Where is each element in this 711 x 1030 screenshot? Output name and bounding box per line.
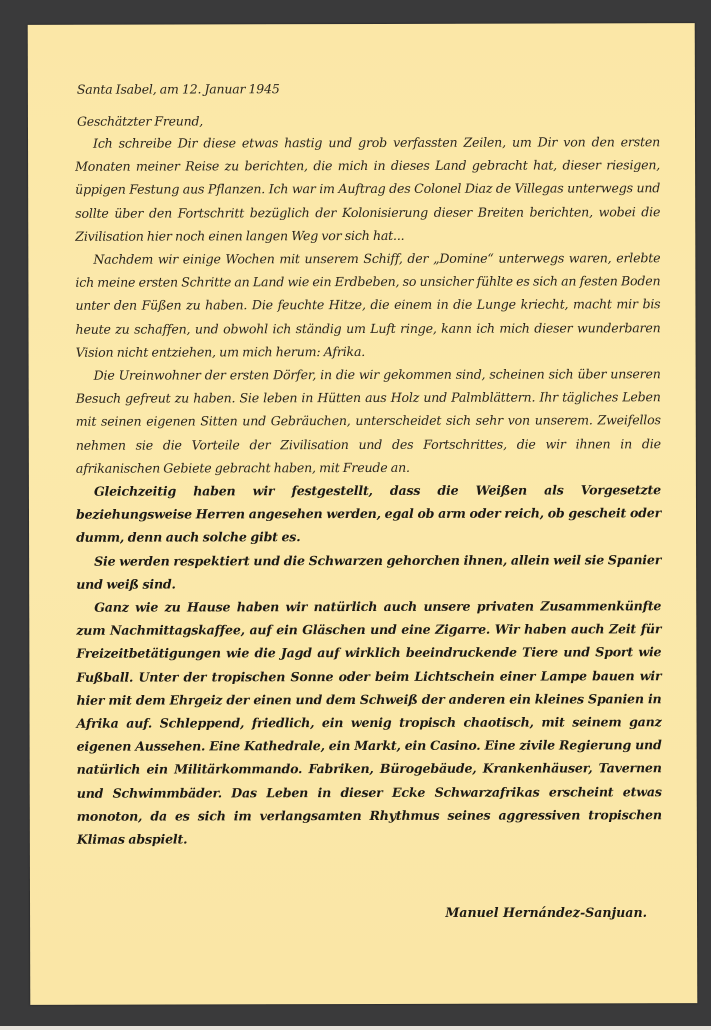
paragraph-3: Die Ureinwohner der ersten Dörfer, in di… xyxy=(76,362,661,480)
letter-dateline: Santa Isabel, am 12. Januar 1945 xyxy=(77,80,660,97)
paragraph-2: Nachdem wir einige Wochen mit unserem Sc… xyxy=(75,246,660,364)
paragraph-5: Sie werden respektiert und die Schwarzen… xyxy=(76,548,661,596)
letter-signature: Manuel Hernández-Sanjuan. xyxy=(445,905,647,920)
letter-salutation: Geschätzter Freund, xyxy=(77,112,660,129)
scan-edge xyxy=(0,1026,711,1030)
paragraph-1: Ich schreibe Dir diese etwas hastig und … xyxy=(75,130,660,248)
letter-body: Santa Isabel, am 12. Januar 1945 Geschät… xyxy=(75,80,662,851)
paragraph-4: Gleichzeitig haben wir festgestellt, das… xyxy=(76,478,661,549)
paragraph-6: Ganz wie zu Hause haben wir natürlich au… xyxy=(76,594,662,851)
letter-paper: Santa Isabel, am 12. Januar 1945 Geschät… xyxy=(28,23,698,1005)
